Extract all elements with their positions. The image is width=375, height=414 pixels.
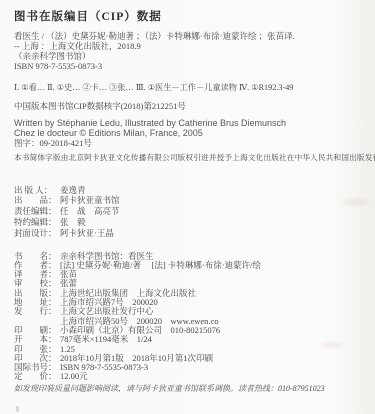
field-value: 12.00元	[60, 371, 88, 381]
rights-statement: 本书简体字版由北京阿卡狄亚文化传播有限公司版权引进并授予上海文化出版社在中华人民…	[14, 153, 361, 163]
cip-registration-number: 中国版本图书馆CIP数据核字(2018)第212251号	[14, 101, 361, 111]
field-label: 封面设计：	[14, 228, 60, 239]
scan-smudge	[339, 196, 373, 208]
staff-row: 出 品：阿卡狄亚童书馆	[14, 195, 361, 206]
field-label: 定 价：	[14, 372, 60, 381]
field-value: 姜逸青	[60, 185, 86, 195]
field-value: 阿卡狄亚童书馆	[60, 195, 120, 205]
staff-row: 责任编辑：任 战 高亮节	[14, 206, 361, 217]
field-value: 任 战 高亮节	[60, 206, 120, 216]
copyright-license-number: 图字：09-2018-421号	[14, 138, 361, 148]
cip-record-line: ISBN 978-7-5535-0873-3	[14, 61, 361, 71]
field-value: [法] 史黛芬妮·勒迪/著 [法] 卡特琳娜·布徐·迪蒙许/绘	[60, 260, 261, 270]
colophon-page: 图书在版编目（CIP）数据 看医生 / （法）史黛芬妮·勒迪著 ；（法）卡特琳娜…	[0, 0, 375, 414]
scan-smudge	[317, 340, 347, 350]
field-value: 阿卡狄亚·王晶	[60, 228, 114, 238]
field-label: 出 品：	[14, 195, 60, 206]
staff-row: 封面设计：阿卡狄亚·王晶	[14, 228, 361, 239]
staff-row: 出 版 人：姜逸青	[14, 185, 361, 196]
field-label: 责任编辑：	[14, 206, 60, 217]
foreign-credit-line: Chez le docteur © Editions Milan, France…	[14, 128, 361, 138]
cip-header-title: 图书在版编目（CIP）数据	[14, 8, 361, 24]
scan-artifact	[16, 406, 19, 412]
field-label: 发 行：	[14, 307, 60, 316]
foreign-credit-block: Written by Stéphanie Ledu, Illustrated b…	[14, 118, 361, 149]
staff-credits-block: 出 版 人：姜逸青 出 品：阿卡狄亚童书馆 责任编辑：任 战 高亮节 特约编辑：…	[14, 185, 361, 239]
cip-record-line: 看医生 / （法）史黛芬妮·勒迪著 ；（法）卡特琳娜·布徐·迪蒙许绘 ；张苗译.	[14, 31, 361, 41]
cip-record-line: （亲亲科学图书馆）	[14, 51, 361, 61]
book-imprint-block: 书 名：亲亲科学图书馆：看医生 作 者：[法] 史黛芬妮·勒迪/著 [法] 卡特…	[14, 252, 361, 382]
staff-row: 特约编辑：张 毅	[14, 217, 361, 228]
foreign-credit-line: Written by Stéphanie Ledu, Illustrated b…	[14, 118, 361, 128]
field-value: 张 毅	[60, 217, 86, 227]
cip-record-block: 看医生 / （法）史黛芬妮·勒迪著 ；（法）卡特琳娜·布徐·迪蒙许绘 ；张苗译.…	[14, 31, 361, 71]
cip-classification-line: Ⅰ. ①看… Ⅱ. ①史… ②卡… ③张… Ⅲ. ①医生－工作－儿童读物 Ⅳ. …	[14, 83, 361, 93]
field-label: 出 版 人：	[14, 185, 60, 196]
reader-hotline-notice: 如发现印装质量问题影响阅读，请与阿卡狄亚童书馆联系调换。读者热线：010-879…	[14, 384, 361, 394]
field-label: 特约编辑：	[14, 217, 60, 228]
cip-record-line: -- 上海 ：上海文化出版社，2018.9	[14, 41, 361, 51]
imprint-row: 定 价：12.00元	[14, 372, 361, 381]
